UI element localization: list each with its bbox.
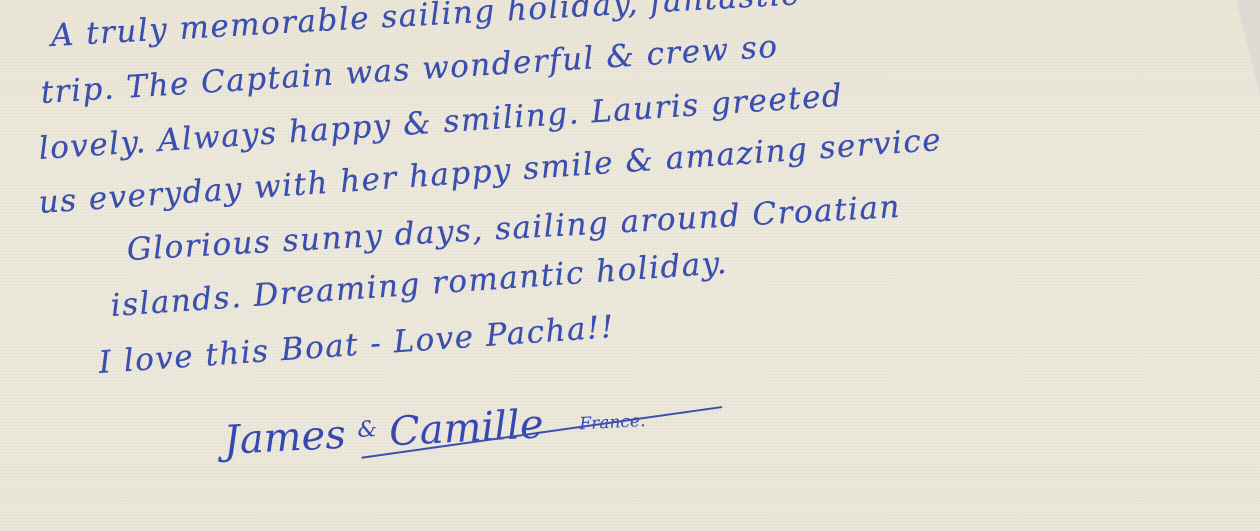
signature: James&CamilleFrance. — [223, 396, 647, 464]
paper-sheet: A truly memorable sailing holiday, fanta… — [0, 0, 1260, 531]
signature-name-2: Camille — [388, 401, 545, 455]
note-line-7: I love this Boat - Love Pacha!! — [97, 309, 615, 381]
signature-name-2-text: Camille — [388, 401, 545, 455]
signature-ampersand: & — [357, 417, 378, 443]
signature-name-1: James — [223, 412, 347, 464]
